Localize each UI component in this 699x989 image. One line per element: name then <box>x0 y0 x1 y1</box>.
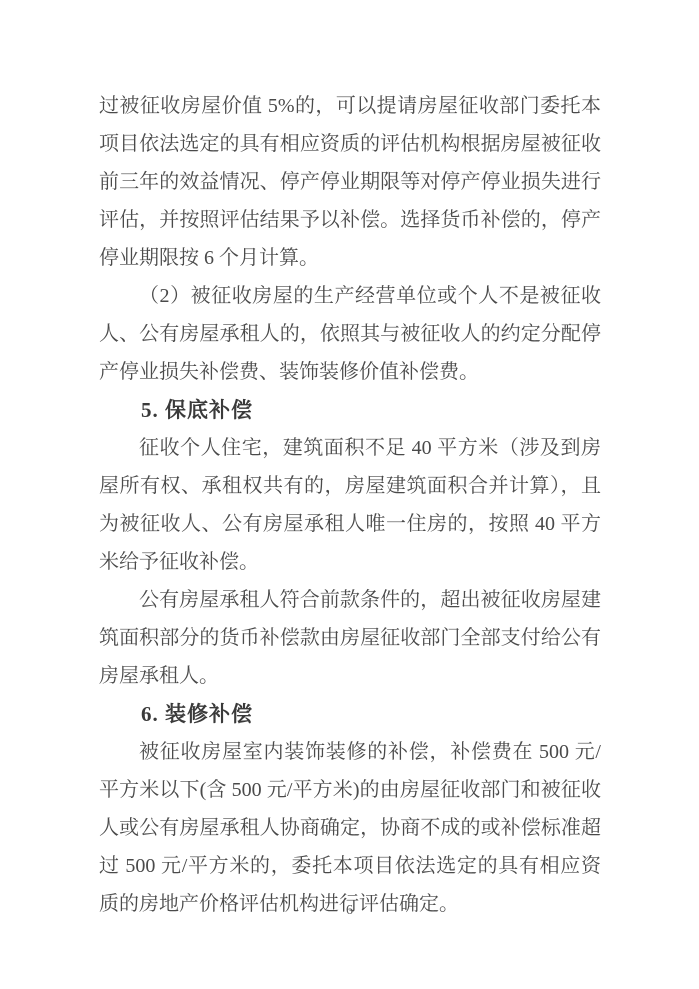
section-heading: 6. 装修补偿 <box>99 695 601 733</box>
document-page: 过被征收房屋价值 5%的，可以提请房屋征收部门委托本项目依法选定的具有相应资质的… <box>0 0 699 989</box>
document-body: 过被征收房屋价值 5%的，可以提请房屋征收部门委托本项目依法选定的具有相应资质的… <box>99 87 601 923</box>
body-paragraph: 被征收房屋室内装饰装修的补偿，补偿费在 500 元/平方米以下(含 500 元/… <box>99 733 601 923</box>
body-paragraph: 征收个人住宅，建筑面积不足 40 平方米（涉及到房屋所有权、承租权共有的，房屋建… <box>99 429 601 581</box>
body-paragraph: 过被征收房屋价值 5%的，可以提请房屋征收部门委托本项目依法选定的具有相应资质的… <box>99 87 601 277</box>
body-paragraph: （2）被征收房屋的生产经营单位或个人不是被征收人、公有房屋承租人的，依照其与被征… <box>99 277 601 391</box>
page-number: 6 <box>346 903 353 918</box>
page-footer: 6 <box>0 903 699 919</box>
body-paragraph: 公有房屋承租人符合前款条件的，超出被征收房屋建筑面积部分的货币补偿款由房屋征收部… <box>99 581 601 695</box>
section-heading: 5. 保底补偿 <box>99 391 601 429</box>
